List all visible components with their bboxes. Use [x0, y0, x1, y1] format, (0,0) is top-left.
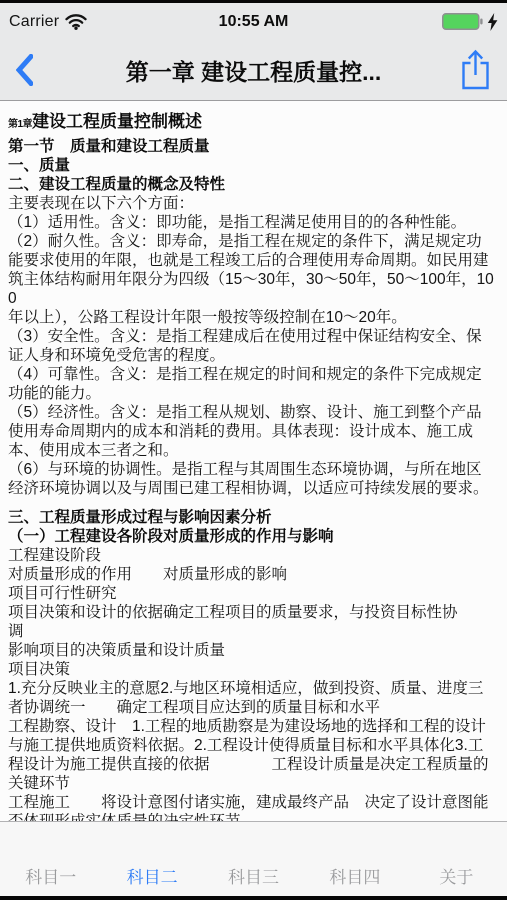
chapter-heading: 第1章建设工程质量控制概述	[8, 111, 499, 136]
tab-subject-4[interactable]: 科目四	[304, 863, 405, 888]
text-line: 否体现形成实体质量的决定性环节	[8, 812, 499, 821]
tab-subject-2[interactable]: 科目二	[101, 863, 202, 888]
battery-group	[442, 13, 498, 31]
text-line: 二、建设工程质量的概念及特性	[8, 175, 499, 194]
tab-subject-1[interactable]: 科目一	[0, 863, 101, 888]
text-line: （一）工程建设各阶段对质量形成的作用与影响	[8, 527, 499, 546]
screen-edge-bottom	[0, 896, 507, 900]
content-lines: 第一节 质量和建设工程质量一、质量二、建设工程质量的概念及特性主要表现在以下六个…	[8, 137, 499, 821]
text-line: 功能的能力。	[8, 384, 499, 403]
app-window: Carrier 10:55 AM 第一章 建设工	[0, 0, 507, 900]
text-line: 项目决策和设计的依据确定工程项目的质量要求，与投资目标性协	[8, 603, 499, 622]
text-line: 1.充分反映业主的意愿2.与地区环境相适应，做到投资、质量、进度三	[8, 679, 499, 698]
paragraph-gap	[8, 498, 499, 508]
text-line: 一、质量	[8, 156, 499, 175]
text-line: 关键环节	[8, 774, 499, 793]
text-line: 工程施工 将设计意图付诸实施，建成最终产品 决定了设计意图能	[8, 793, 499, 812]
text-line: 项目决策	[8, 660, 499, 679]
text-line: 调	[8, 622, 499, 641]
text-line: 影响项目的决策质量和设计质量	[8, 641, 499, 660]
text-line: 工程勘察、设计 1.工程的地质勘察是为建设场地的选择和工程的设计	[8, 717, 499, 736]
text-line: （4）可靠性。含义：是指工程在规定的时间和规定的条件下完成规定	[8, 365, 499, 384]
text-line: 工程建设阶段	[8, 546, 499, 565]
text-line: 者协调统一 确定工程项目应达到的质量目标和水平	[8, 698, 499, 717]
text-line: 对质量形成的作用 对质量形成的影响	[8, 565, 499, 584]
text-line: （2）耐久性。含义：即寿命，是指工程在规定的条件下，满足规定功	[8, 232, 499, 251]
status-bar: Carrier 10:55 AM	[0, 3, 507, 40]
text-line: 证人身和环境免受危害的程度。	[8, 346, 499, 365]
text-line: 使用寿命周期内的成本和消耗的费用。具体表现：设计成本、施工成	[8, 422, 499, 441]
text-line: 筑主体结构耐用年限分为四级（15～30年，30～50年，50～100年，100	[8, 270, 499, 308]
text-line: 能要求使用的年限，也就是工程竣工后的合理使用寿命周期。如民用建	[8, 251, 499, 270]
text-line: 三、工程质量形成过程与影响因素分析	[8, 508, 499, 527]
text-line: （1）适用性。含义：即功能，是指工程满足使用目的的各种性能。	[8, 213, 499, 232]
text-line: 程设计为施工提供直接的依据 工程设计质量是决定工程质量的	[8, 755, 499, 774]
page-title: 第一章 建设工程质量控...	[0, 54, 507, 87]
text-line: 与施工提供地质资料依据。2.工程设计使得质量目标和水平具体化3.工	[8, 736, 499, 755]
chevron-left-icon	[16, 54, 33, 86]
chapter-heading-prefix: 第1章	[8, 119, 32, 130]
tab-subject-3[interactable]: 科目三	[203, 863, 304, 888]
wifi-icon	[65, 14, 87, 30]
back-button[interactable]	[10, 40, 39, 100]
charging-bolt-icon	[487, 13, 498, 31]
share-button[interactable]	[456, 40, 495, 100]
text-line: 项目可行性研究	[8, 584, 499, 603]
text-line: （6）与环境的协调性。是指工程与其周围生态环境协调，与所在地区	[8, 460, 499, 479]
document-content[interactable]: 第1章建设工程质量控制概述 第一节 质量和建设工程质量一、质量二、建设工程质量的…	[0, 101, 507, 821]
text-line: 主要表现在以下六个方面：	[8, 194, 499, 213]
chapter-heading-text: 建设工程质量控制概述	[32, 112, 202, 131]
tab-bar: 科目一科目二科目三科目四关于	[0, 821, 507, 896]
battery-charging-icon	[442, 13, 483, 30]
text-line: （5）经济性。含义：是指工程从规划、勘察、设计、施工到整个产品	[8, 403, 499, 422]
tab-about[interactable]: 关于	[406, 863, 507, 888]
text-line: 年以上），公路工程设计年限一般按等级控制在10～20年。	[8, 308, 499, 327]
carrier-label: Carrier	[9, 13, 59, 31]
text-line: 经济环境协调以及与周围已建工程相协调，以适应可持续发展的要求。	[8, 479, 499, 498]
text-line: （3）安全性。含义：是指工程建成后在使用过程中保证结构安全、保	[8, 327, 499, 346]
text-line: 本、使用成本三者之和。	[8, 441, 499, 460]
navigation-bar: 第一章 建设工程质量控...	[0, 40, 507, 101]
text-line: 第一节 质量和建设工程质量	[8, 137, 499, 156]
share-icon	[460, 49, 491, 91]
